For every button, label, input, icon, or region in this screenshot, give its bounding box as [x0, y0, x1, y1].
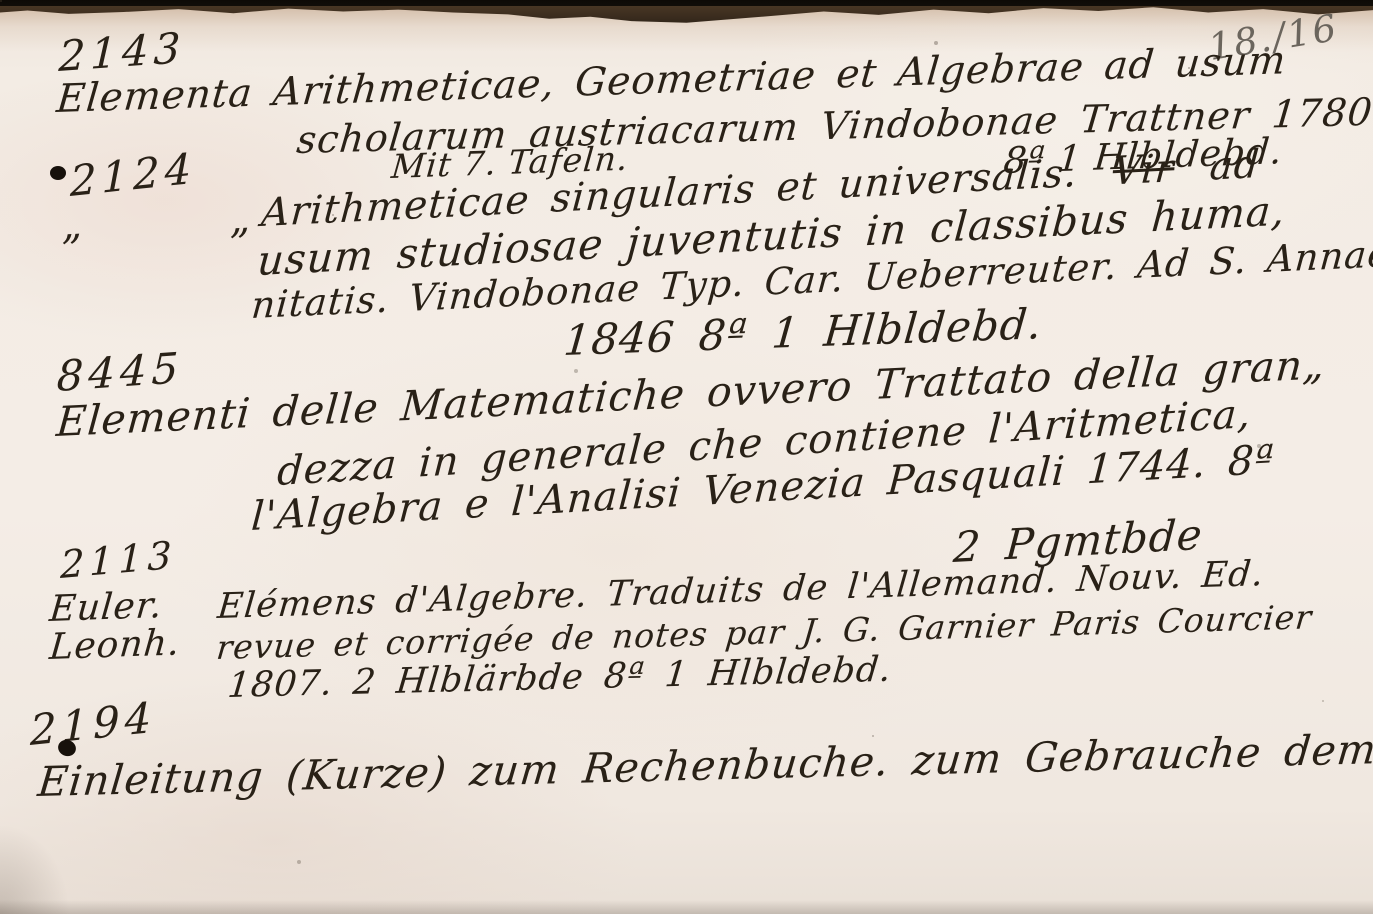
ditto-mark: „ — [228, 199, 252, 240]
paper-specks — [0, 0, 2, 2]
entry-author: Euler. — [48, 588, 164, 628]
entry-line: Einleitung (Kurze) zum Rechenbuche. zum … — [36, 729, 1373, 803]
entry-number: 2194 — [30, 697, 156, 752]
entry-line: 1846 8ª 1 Hlbldebd. — [562, 303, 1044, 362]
ditto-mark: „ — [60, 205, 84, 246]
struck-word: Vir — [1111, 146, 1176, 194]
entry-author: Leonh. — [48, 625, 182, 666]
manuscript-page: 18./16 2143 Elementa Arithmeticae, Geome… — [0, 0, 1373, 914]
entry-number: 8445 — [56, 347, 184, 398]
ink-blot — [50, 166, 66, 180]
entry-number: 2143 — [58, 27, 186, 78]
page-bottom-shadow — [0, 900, 1373, 914]
entry-number: 2113 — [60, 536, 177, 584]
entry-line-segment: ad — [1208, 142, 1261, 190]
entry-number: 2124 — [70, 148, 196, 203]
torn-paper-edge — [0, 0, 1373, 24]
